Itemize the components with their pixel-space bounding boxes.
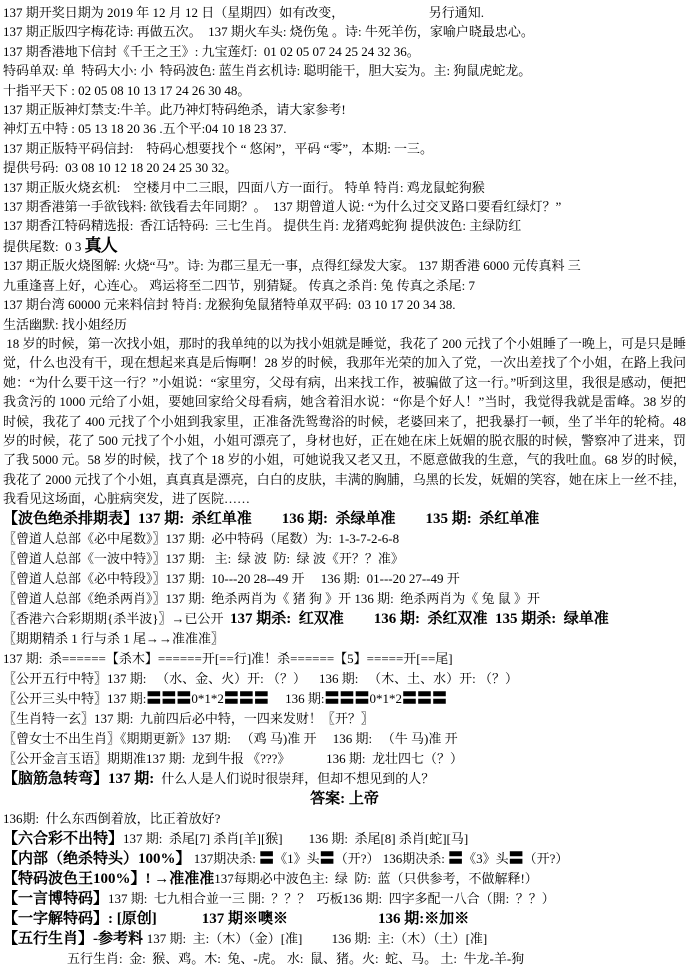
text-segment: 【内部（绝杀特头）100%】	[3, 851, 191, 867]
text-segment: （开?） 136期决杀:	[335, 851, 448, 866]
text-line: 137 期正版火烧图解: 火烧“马”。诗: 为郡三星无一事，点得红绿发大家。 1…	[3, 256, 686, 275]
text-segment: 〖公开金言玉语〗期期准137 期: 龙到牛报 《???》 136 期: 龙壮四七…	[3, 751, 463, 766]
text-segment: 136期: 什么东西倒着放，比正着放好?	[3, 811, 220, 826]
text-segment: 〓	[259, 851, 274, 867]
text-segment: 〖曾道人总部《绝杀两肖》〗137 期: 绝杀两肖为《 猪 狗 》开 136 期:…	[3, 591, 540, 606]
text-segment: 《1》头	[274, 851, 320, 866]
text-segment: 真人	[85, 236, 117, 255]
text-segment: 〓	[509, 851, 524, 867]
text-line: 137 期正版神灯禁支:牛羊。此乃神灯特码绝杀，请大家参考!	[3, 100, 686, 119]
text-segment: 137 期香港地下信封《千王之王》: 九宝莲灯: 01 02 05 07 24 …	[3, 44, 420, 59]
text-line: 神灯五中特 : 05 13 18 20 36 .五个平:04 10 18 23 …	[3, 119, 686, 138]
text-line: 137 期开奖日期为 2019 年 12 月 12 日（星期四）如有改变， 另行…	[3, 3, 686, 22]
text-segment: 137 期正版四字梅花诗: 再做五次。 137 期火车头: 烧伤兔 。诗: 牛死…	[3, 24, 534, 39]
text-segment: 【特码波色王100%】! →准准准	[3, 871, 214, 887]
text-segment: 十指平天下 : 02 05 08 10 13 17 24 26 30 48。	[3, 83, 250, 98]
text-segment: 137期决杀:	[191, 851, 260, 866]
text-segment: 0*1*2	[191, 691, 224, 706]
text-segment: 〓〓〓	[325, 691, 370, 707]
text-line: 提供号码: 03 08 10 12 18 20 24 25 30 32。	[3, 158, 686, 177]
text-line: 137 期正版特平码信封: 特码心想要找个 “ 悠闲”，平码 “零”，本期: 一…	[3, 139, 686, 158]
text-line: 【一言博特码】137 期: 七九相合並一三 開: ？？？ 巧板136 期: 四字…	[3, 889, 686, 909]
text-segment: 〖生肖特一玄〗137 期: 九前四后必中特，一四来发财！〖开？〗	[3, 711, 374, 726]
text-segment: 137 期正版特平码信封: 特码心想要找个 “ 悠闲”，平码 “零”，本期: 一…	[3, 141, 433, 156]
text-segment: 137 期: 主:（木）（金）[准] 136 期: 主:（木）（土）[准]	[147, 931, 488, 946]
text-line: 137 期: 杀======【杀木】======开[==行]准！杀======【…	[3, 649, 686, 669]
text-line: 137 期正版四字梅花诗: 再做五次。 137 期火车头: 烧伤兔 。诗: 牛死…	[3, 22, 686, 41]
text-segment: 【五行生肖】-参考料	[3, 931, 147, 947]
text-segment: （开?）	[524, 851, 569, 866]
text-segment: 九重逢喜上好，心连心。 鸡运将至二四节，别猜疑。 传真之杀肖: 兔 传真之杀尾:…	[3, 278, 475, 293]
text-segment: 18 岁的时候，第一次找小姐，那时的我单纯的以为找小姐就是睡觉，我花了 200 …	[3, 336, 688, 506]
text-segment: 答案: 上帝	[310, 791, 379, 807]
text-line: 137 期香港地下信封《千王之王》: 九宝莲灯: 01 02 05 07 24 …	[3, 42, 686, 61]
text-line: 137 期台湾 60000 元来料信封 特肖: 龙猴狗兔鼠猪特单双平码: 03 …	[3, 295, 686, 314]
text-segment: 《3》头	[463, 851, 509, 866]
text-line: 【脑筋急转弯】137 期: 什么人是人们说时很崇拜，但却不想见到的人？	[3, 769, 686, 789]
text-segment: 〖公开五行中特〗137 期: （水、金、火）开: （？） 136 期: （木、土…	[3, 671, 518, 686]
text-line: 【六合彩不出特】137 期: 杀尾[7] 杀肖[羊][猴] 136 期: 杀尾[…	[3, 829, 686, 849]
text-line: 〖生肖特一玄〗137 期: 九前四后必中特，一四来发财！〖开？〗	[3, 709, 686, 729]
text-segment: 〓〓〓	[402, 691, 447, 707]
text-line: 〖曾道人总部《必中尾数》〗137 期: 必中特码（尾数）为: 1-3-7-2-6…	[3, 529, 686, 549]
text-line: 十指平天下 : 02 05 08 10 13 17 24 26 30 48。	[3, 81, 686, 100]
text-segment: 〖曾道人总部《必中特段》〗137 期: 10---20 28--49 开 136…	[3, 571, 460, 586]
text-line: 【一字解特码】: [原创] 137 期※噢※ 136 期:※加※	[3, 909, 686, 929]
text-segment: 137每期必中波色主: 绿 防: 蓝（只供参考，不做解释!）	[214, 871, 538, 886]
text-line: 九重逢喜上好，心连心。 鸡运将至二四节，别猜疑。 传真之杀肖: 兔 传真之杀尾:…	[3, 276, 686, 295]
text-segment: 137 期: 杀======【杀木】======开[==行]准！杀======【…	[3, 651, 453, 666]
lottery-tip-sheet-document: 137 期开奖日期为 2019 年 12 月 12 日（星期四）如有改变， 另行…	[0, 0, 688, 973]
text-segment: 【一字解特码】: [原创] 137 期※噢※ 136 期:※加※	[3, 911, 469, 927]
text-line: 五行生肖: 金: 猴、鸡。木: 兔、-虎。 水: 鼠、猪。火: 蛇、马。 土: …	[3, 949, 686, 969]
text-segment: 137 期: 杀尾[7] 杀肖[羊][猴] 136 期: 杀尾[8] 杀肖[蛇]…	[123, 831, 468, 846]
text-line: 〖香港六合彩期期{杀半波}〗→已公开 137 期杀: 红双准 136 期: 杀红…	[3, 609, 686, 629]
predictions-section: 【波色绝杀排期表】137 期: 杀红单准 136 期: 杀绿单准 135 期: …	[3, 509, 686, 969]
text-line: 答案: 上帝	[3, 789, 686, 809]
text-segment: 137 期正版神灯禁支:牛羊。此乃神灯特码绝杀，请大家参考!	[3, 102, 346, 117]
text-line: 【波色绝杀排期表】137 期: 杀红单准 136 期: 杀绿单准 135 期: …	[3, 509, 686, 529]
text-segment: 137 期杀: 红双准 136 期: 杀红双准 135 期杀: 绿单准	[230, 611, 609, 627]
text-segment: 136 期:	[269, 691, 325, 706]
text-segment: 137 期香港第一手欲钱料: 欲钱看去年同期？。 137 期曾道人说: “为什么…	[3, 199, 561, 214]
text-line: 【五行生肖】-参考料 137 期: 主:（木）（金）[准] 136 期: 主:（…	[3, 929, 686, 949]
text-segment: 什么人是人们说时很崇拜，但却不想见到的人？	[158, 771, 434, 786]
text-line: 【内部（绝杀特头）100%】 137期决杀: 〓《1》头〓（开?） 136期决杀…	[3, 849, 686, 869]
text-line: 提供尾数: 0 3 真人	[3, 236, 686, 256]
text-segment: 【波色绝杀排期表】137 期: 杀红单准 136 期: 杀绿单准 135 期: …	[3, 511, 539, 527]
text-segment: 提供尾数: 0 3	[3, 239, 85, 254]
text-line: 〖曾道人总部《一波中特》〗137 期: 主: 绿 波 防: 绿 波《开？？准》	[3, 549, 686, 569]
text-segment: 137 期正版火烧玄机: 空楼月中二三眼，四面八方一面行。 特单 特肖: 鸡龙鼠…	[3, 180, 485, 195]
text-segment: 生活幽默: 找小姐经历	[3, 317, 127, 332]
text-segment: 137 期: 七九相合並一三 開: ？？？ 巧板136 期: 四字多配一八合（開…	[108, 891, 555, 906]
text-line: 〖曾女士不出生肖〗《期期更新》137 期: （鸡 马)准 开 136 期: （牛…	[3, 729, 686, 749]
text-segment: 【脑筋急转弯】137 期:	[3, 771, 158, 787]
text-segment: 【六合彩不出特】	[3, 831, 123, 847]
text-segment: 〖香港六合彩期期{杀半波}〗→已公开	[3, 611, 230, 626]
text-segment: 〓	[448, 851, 463, 867]
text-line: 生活幽默: 找小姐经历	[3, 315, 686, 334]
text-segment: 〖期期精杀 1 行与杀 1 尾→→准准准〗	[3, 631, 224, 646]
text-segment: 【一言博特码】	[3, 891, 108, 907]
text-segment: 〖曾道人总部《必中尾数》〗137 期: 必中特码（尾数）为: 1-3-7-2-6…	[3, 531, 399, 546]
text-line: 〖曾道人总部《必中特段》〗137 期: 10---20 28--49 开 136…	[3, 569, 686, 589]
text-segment: 137 期开奖日期为 2019 年 12 月 12 日（星期四）如有改变， 另行…	[3, 5, 484, 20]
text-line: 137 期香港第一手欲钱料: 欲钱看去年同期？。 137 期曾道人说: “为什么…	[3, 197, 686, 216]
text-segment: 0*1*2	[370, 691, 403, 706]
text-segment: 提供号码: 03 08 10 12 18 20 24 25 30 32。	[3, 160, 237, 175]
text-line: 136期: 什么东西倒着放，比正着放好?	[3, 809, 686, 829]
text-line: 137 期正版火烧玄机: 空楼月中二三眼，四面八方一面行。 特单 特肖: 鸡龙鼠…	[3, 178, 686, 197]
text-line: 〖公开金言玉语〗期期准137 期: 龙到牛报 《???》 136 期: 龙壮四七…	[3, 749, 686, 769]
text-segment: 五行生肖: 金: 猴、鸡。木: 兔、-虎。 水: 鼠、猪。火: 蛇、马。 土: …	[67, 951, 524, 966]
text-line: 18 岁的时候，第一次找小姐，那时的我单纯的以为找小姐就是睡觉，我花了 200 …	[3, 334, 686, 509]
text-segment: 神灯五中特 : 05 13 18 20 36 .五个平:04 10 18 23 …	[3, 121, 286, 136]
text-segment: 〖曾道人总部《一波中特》〗137 期: 主: 绿 波 防: 绿 波《开？？准》	[3, 551, 404, 566]
text-line: 〖公开五行中特〗137 期: （水、金、火）开: （？） 136 期: （木、土…	[3, 669, 686, 689]
text-line: 【特码波色王100%】! →准准准137每期必中波色主: 绿 防: 蓝（只供参考…	[3, 869, 686, 889]
text-line: 〖公开三头中特〗137 期:〓〓〓0*1*2〓〓〓 136 期:〓〓〓0*1*2…	[3, 689, 686, 709]
text-segment: 〖曾女士不出生肖〗《期期更新》137 期: （鸡 马)准 开 136 期: （牛…	[3, 731, 458, 746]
text-segment: 〖公开三头中特〗137 期:	[3, 691, 146, 706]
text-segment: 特码单双: 单 特码大小: 小 特码波色: 蓝生肖玄机诗: 聪明能干，胆大妄为。…	[3, 63, 531, 78]
text-segment: 137 期台湾 60000 元来料信封 特肖: 龙猴狗兔鼠猪特单双平码: 03 …	[3, 297, 455, 312]
text-segment: 〓〓〓	[146, 691, 191, 707]
text-segment: 〓	[320, 851, 335, 867]
text-line: 〖期期精杀 1 行与杀 1 尾→→准准准〗	[3, 629, 686, 649]
text-line: 137 期香江特码精选报: 香江话特码: 三七生肖。 提供生肖: 龙猪鸡蛇狗 提…	[3, 216, 686, 235]
text-line: 〖曾道人总部《绝杀两肖》〗137 期: 绝杀两肖为《 猪 狗 》开 136 期:…	[3, 589, 686, 609]
text-segment: 〓〓〓	[224, 691, 269, 707]
text-segment: 137 期正版火烧图解: 火烧“马”。诗: 为郡三星无一事，点得红绿发大家。 1…	[3, 258, 581, 273]
text-line: 特码单双: 单 特码大小: 小 特码波色: 蓝生肖玄机诗: 聪明能干，胆大妄为。…	[3, 61, 686, 80]
text-segment: 137 期香江特码精选报: 香江话特码: 三七生肖。 提供生肖: 龙猪鸡蛇狗 提…	[3, 218, 521, 233]
